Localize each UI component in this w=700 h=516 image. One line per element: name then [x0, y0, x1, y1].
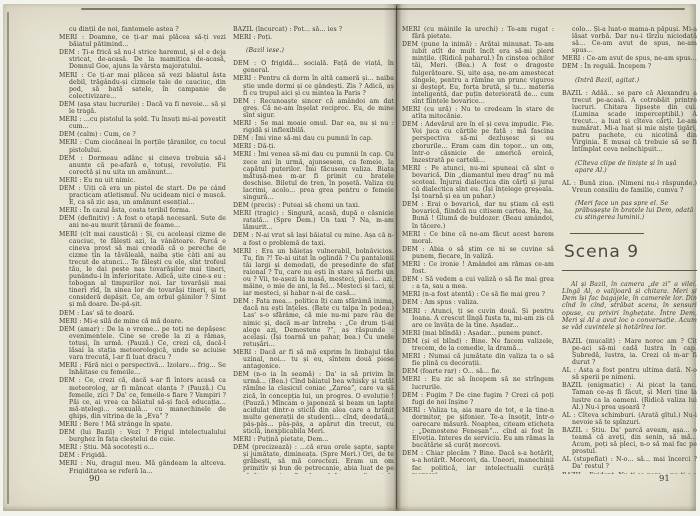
- dialogue-line: MERI : Poți.: [233, 34, 394, 41]
- dialogue-line: AL : Asta a fost pentru ultima dată. N-o…: [562, 367, 697, 381]
- dialogue-line: DEM : N-ai vrut să lași băiatul cu mine.…: [233, 232, 394, 246]
- book-pages: cu dinții de noi, fantomele astea ?MERI …: [3, 4, 696, 511]
- dialogue-line: DEM : Chiar plecăm ? Bine. Dacă s-a hotă…: [402, 450, 554, 474]
- dialogue-line: DEM : Abia o să știm ce ni se cuvine să …: [402, 246, 554, 260]
- dialogue-line: MERI : Pentru că dorm în altă cameră și.…: [233, 75, 394, 96]
- dialogue-line: MERI : Eu nu uit nimic.: [59, 177, 226, 184]
- dialogue-line: BAZIL : Știu. Da' parcă aveam, așa... o …: [562, 427, 697, 455]
- dialogue-line: DEM : Fugim ? De cine fugim ? Crezi că p…: [402, 392, 554, 406]
- scene-heading: Scena 9: [564, 243, 697, 262]
- page-edge-right: [689, 4, 696, 511]
- dialogue-line: DEM : Las' să te doară.: [59, 310, 226, 317]
- page-edge-bottom: [3, 505, 696, 511]
- page-number-right: 91: [659, 474, 670, 484]
- dialogue-line: DEM : Dormeau adânc și cineva trebuia să…: [59, 155, 226, 176]
- dialogue-line: DEM : Adevărul are în el și ceva impudic…: [402, 121, 554, 164]
- dialogue-line: MERI : Nu, dragul meu. Mă gândeam la alt…: [59, 460, 226, 474]
- dialogue-line: DEM : Fata mea... politica îți cam sfărâ…: [233, 298, 394, 348]
- dialogue-line: MERI : Puțină pietate, Dem...: [233, 436, 394, 443]
- dialogue-line: MERI (tragic) : Singură, acasă, după o c…: [233, 210, 394, 231]
- stage-direction: (Intră Bazil, agitat.): [562, 77, 697, 84]
- dialogue-line: MERI : Atunci, ți se cuvin două. Și pent…: [402, 308, 554, 329]
- dialogue-line: DEM (așa stau lucrurile) : Dacă va fi ne…: [59, 101, 226, 115]
- dialogue-line: MERI (cu ură) : Nu te credeam în stare d…: [402, 106, 554, 120]
- dialogue-line: DEM (precis) : Puteai să chemi un taxi.: [233, 202, 394, 209]
- dialogue-line: DEM : Să vedem a cui valiză o să fie mai…: [402, 276, 554, 290]
- right-page-column-2: colo... Și-a luat-o mama-n păpuși. Mi-a …: [562, 26, 697, 474]
- dialogue-line: MERI : Doamne, ce ți-ar mai plăcea să-ți…: [59, 34, 226, 48]
- dialogue-line: MERI : Ce-am avut de spus, ne-am spus...: [562, 55, 697, 62]
- scanned-book-spread: cu dinții de noi, fantomele astea ?MERI …: [0, 0, 700, 516]
- dialogue-line: MERI : Ce bine că ne-am făcut acest bare…: [402, 231, 554, 245]
- divider-full: [562, 270, 697, 271]
- dialogue-line: MERI : Era un băiețaș vulnerabil, bolnăv…: [233, 248, 394, 298]
- left-page-column-1: cu dinții de noi, fantomele astea ?MERI …: [59, 26, 226, 474]
- dialogue-line: BAZIL (mucalit) : Mare noroc am ? Cît pe…: [562, 338, 697, 366]
- dialogue-line: MERI : Eu zic să începem să ne strîngem …: [402, 376, 554, 390]
- stage-direction: (Cîteva clipe de liniște și în ușă apare…: [562, 160, 697, 174]
- dialogue-line: MERI : Cum ciocăneai în porțile țăranilo…: [59, 139, 226, 153]
- dialogue-line: AL : Bună ziua. (Nimeni nu-i răspunde.) …: [562, 180, 697, 194]
- stage-direction: Al și Bazil, în camera „de zi” a vilei. …: [562, 281, 697, 331]
- dialogue-line: BAZIL (încurcat) : Pot... să... ies ?: [233, 26, 394, 33]
- dialogue-line: DEM (calm) : Cum, ce ?: [59, 131, 226, 138]
- dialogue-line: DEM : Ți-e frică să nu-l strice haremul,…: [59, 49, 226, 70]
- dialogue-line: MERI (cu mâinile la urechi) : Te-am ruga…: [402, 26, 554, 40]
- dialogue-line: MERI : Mi-e silă de mine că mă doare.: [59, 318, 226, 325]
- dialogue-line: DEM (pune la inimă) : Arătai minunat. Te…: [402, 41, 554, 105]
- dialogue-line: AL : Cîteva schimburi. (Arată gîtul.) Nu…: [562, 412, 697, 426]
- dialogue-line: DEM : Uiți că era un pistol de start. De…: [59, 185, 226, 206]
- dialogue-line: DEM (definitiv) : A fost o etapă necesar…: [59, 215, 226, 229]
- dialogue-line: DEM (n-o ia în seamă) : Da' ia să privim…: [233, 371, 394, 435]
- dialogue-line: MERI : Pe atunci, nu-mi spuneai că sînt …: [402, 165, 554, 200]
- stage-direction: (Bazil iese.): [233, 47, 394, 54]
- dialogue-line: DEM (și el blînd) : Bine. Ne facem valiz…: [402, 338, 554, 352]
- dialogue-line: AL (stupefiat) : N-o... să... mai încerc…: [562, 456, 697, 470]
- divider-short: [570, 233, 644, 234]
- dialogue-line: MERI : Numai că jumătate din valiza ta o…: [402, 353, 554, 367]
- dialogue-line: DEM : O frigidă... socială. Față de viaț…: [233, 60, 394, 74]
- dialogue-line: DEM (precizează) : ...că erau orele șapt…: [233, 444, 394, 474]
- dialogue-line: BAZIL : Adăă... se pare că Alexandru a t…: [562, 90, 697, 154]
- dialogue-line: MERI : Îmi venea să-mi dau cu pumnii în …: [233, 151, 394, 201]
- dialogue-line: MERI : Știu. Mă socotești o...: [59, 444, 226, 451]
- dialogue-line: DEM : Ce, crezi că, dacă s-ar fi întors …: [59, 377, 226, 420]
- page-number-left: 90: [89, 474, 100, 484]
- dialogue-line: MERI : Bere ! Mă strânge în spate.: [59, 421, 226, 428]
- scan-edge-left: [7, 12, 9, 504]
- dialogue-line: DEM : Îmi vine să-mi dau cu pumnii în ca…: [233, 135, 394, 142]
- dialogue-line: MERI : În cazul ăsta, costa teribil form…: [59, 207, 226, 214]
- dialogue-line: MERI : Dă-ți.: [233, 143, 394, 150]
- dialogue-line: DEM : Recunoaște sincer că amândoi am da…: [233, 98, 394, 119]
- page-gutter-crease: [396, 6, 397, 509]
- dialogue-continuation: cu dinții de noi, fantomele astea ?: [59, 26, 226, 33]
- dialogue-continuation: colo... Și-a luat-o mama-n păpuși. Mi-a …: [562, 26, 697, 54]
- dialogue-line: MERI : Se mai moaie omul. Dar ea, nu și …: [233, 120, 394, 134]
- dialogue-line: BAZIL (enigmatic) : Ai picat la țanc. Ta…: [562, 382, 697, 410]
- right-page-column-1: MERI (cu mâinile la urechi) : Te-am ruga…: [402, 26, 554, 474]
- dialogue-line: DEM : Am spus : valiza.: [402, 299, 554, 306]
- left-page-column-2: BAZIL (încurcat) : Pot... să... ies ?MER…: [233, 26, 394, 474]
- dialogue-line: MERI : ...cu pistolul la șold. Tu însuți…: [59, 116, 226, 130]
- dialogue-line: MERI : Ce ți-ar mai plăcea să vezi băiat…: [59, 72, 226, 100]
- dialogue-line: MERI (cît mai caustică) : Și, cu aceleaș…: [59, 231, 226, 309]
- stage-direction: (Meri face un pas spre el. Se prăbușește…: [562, 200, 697, 221]
- dialogue-line: DEM (amar) : De la o vreme... pe toți ne…: [59, 326, 226, 361]
- dialogue-line: MERI (mai blîndă) : Așadar... punem punc…: [402, 330, 554, 337]
- dialogue-line: MERI : Fără nici o perspectivă... Izolar…: [59, 362, 226, 376]
- dialogue-line: DEM : Frigidă.: [59, 452, 226, 459]
- dialogue-line: MERI (n-a fost atentă) : Ce să fie mai g…: [402, 291, 554, 298]
- dialogue-line: BAZIL : Evident. Nu ți se pare... nu ți …: [562, 472, 697, 475]
- dialogue-line: DEM : În regulă. Începem ?: [562, 63, 697, 70]
- dialogue-line: MERI : Ce ironie ! Amândoi am rămas ce-a…: [402, 261, 554, 275]
- dialogue-line: DEM : Erai o bovarică, dar nu știam că e…: [402, 201, 554, 229]
- dialogue-line: MERI : Dacă ar fi să mă exprim în limbaj…: [233, 349, 394, 370]
- dialogue-line: DEM (foarte rar) : O... să... fie.: [402, 368, 554, 375]
- dialogue-line: DEM (lui Bazil) : Vezi ? Frigul intelect…: [59, 429, 226, 443]
- dialogue-line: MERI : Valiza ta, aia mare de tot, e la …: [402, 407, 554, 450]
